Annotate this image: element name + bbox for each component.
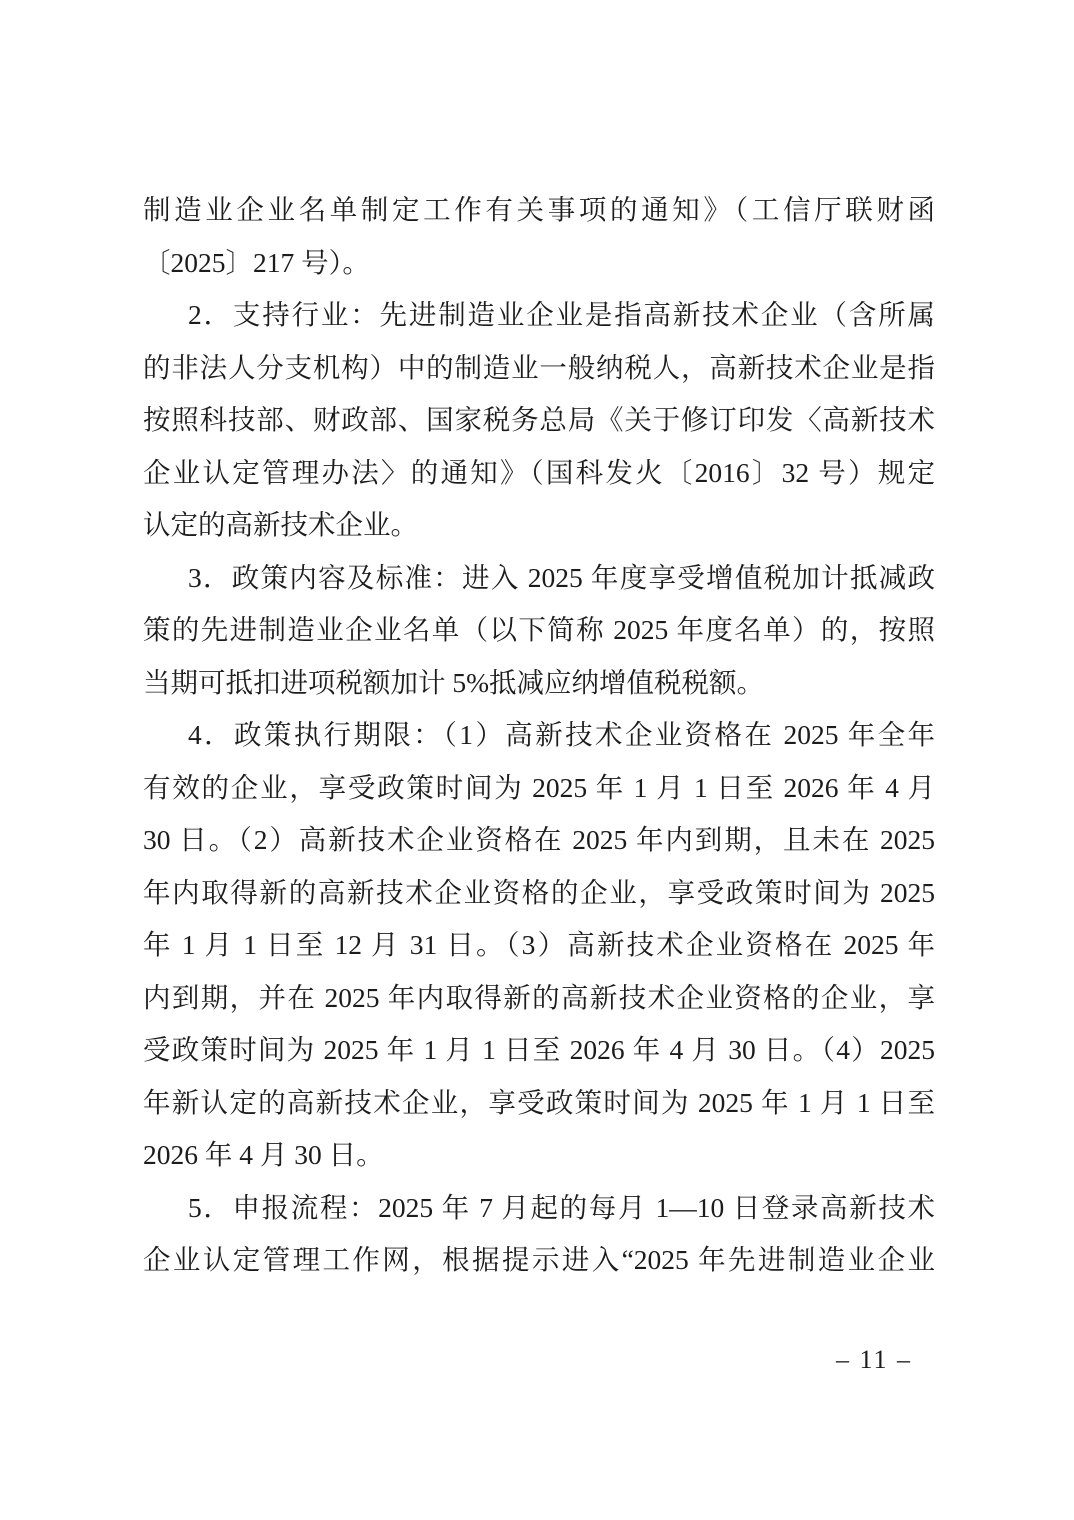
text-line: 年内取得新的高新技术企业资格的企业，享受政策时间为 2025	[143, 867, 935, 920]
text-line: 的非法人分支机构）中的制造业一般纳税人，高新技术企业是指	[143, 342, 935, 395]
text-line: 5．申报流程：2025 年 7 月起的每月 1—10 日登录高新技术	[143, 1182, 935, 1235]
text-line: 30 日。（2）高新技术企业资格在 2025 年内到期，且未在 2025	[143, 814, 935, 867]
page-number: – 11 –	[836, 1345, 912, 1375]
text-line: 策的先进制造业企业名单（以下简称 2025 年度名单）的，按照	[143, 604, 935, 657]
paragraph: 2．支持行业：先进制造业企业是指高新技术企业（含所属的非法人分支机构）中的制造业…	[143, 289, 935, 552]
text-line: 制造业企业名单制定工作有关事项的通知》（工信厅联财函	[143, 184, 935, 237]
text-line: 认定的高新技术企业。	[143, 499, 935, 552]
text-line: 4．政策执行期限：（1）高新技术企业资格在 2025 年全年	[143, 709, 935, 762]
paragraph: 制造业企业名单制定工作有关事项的通知》（工信厅联财函〔2025〕217 号）。	[143, 184, 935, 289]
text-line: 年新认定的高新技术企业，享受政策时间为 2025 年 1 月 1 日至	[143, 1077, 935, 1130]
document-body: 制造业企业名单制定工作有关事项的通知》（工信厅联财函〔2025〕217 号）。2…	[143, 184, 935, 1287]
text-line: 内到期，并在 2025 年内取得新的高新技术企业资格的企业，享	[143, 972, 935, 1025]
text-line: 当期可抵扣进项税额加计 5%抵减应纳增值税税额。	[143, 657, 935, 710]
paragraph: 4．政策执行期限：（1）高新技术企业资格在 2025 年全年有效的企业，享受政策…	[143, 709, 935, 1182]
text-line: 企业认定管理工作网，根据提示进入“2025 年先进制造业企业	[143, 1234, 935, 1287]
text-line: 2026 年 4 月 30 日。	[143, 1129, 935, 1182]
document-page: 制造业企业名单制定工作有关事项的通知》（工信厅联财函〔2025〕217 号）。2…	[0, 0, 1074, 1520]
paragraph: 3．政策内容及标准：进入 2025 年度享受增值税加计抵减政策的先进制造业企业名…	[143, 552, 935, 710]
text-line: 2．支持行业：先进制造业企业是指高新技术企业（含所属	[143, 289, 935, 342]
paragraph: 5．申报流程：2025 年 7 月起的每月 1—10 日登录高新技术企业认定管理…	[143, 1182, 935, 1287]
text-line: 有效的企业，享受政策时间为 2025 年 1 月 1 日至 2026 年 4 月	[143, 762, 935, 815]
text-line: 〔2025〕217 号）。	[143, 237, 935, 290]
text-line: 企业认定管理办法〉的通知》（国科发火〔2016〕32 号）规定	[143, 447, 935, 500]
text-line: 年 1 月 1 日至 12 月 31 日。（3）高新技术企业资格在 2025 年	[143, 919, 935, 972]
text-line: 3．政策内容及标准：进入 2025 年度享受增值税加计抵减政	[143, 552, 935, 605]
text-line: 按照科技部、财政部、国家税务总局《关于修订印发〈高新技术	[143, 394, 935, 447]
text-line: 受政策时间为 2025 年 1 月 1 日至 2026 年 4 月 30 日。（…	[143, 1024, 935, 1077]
